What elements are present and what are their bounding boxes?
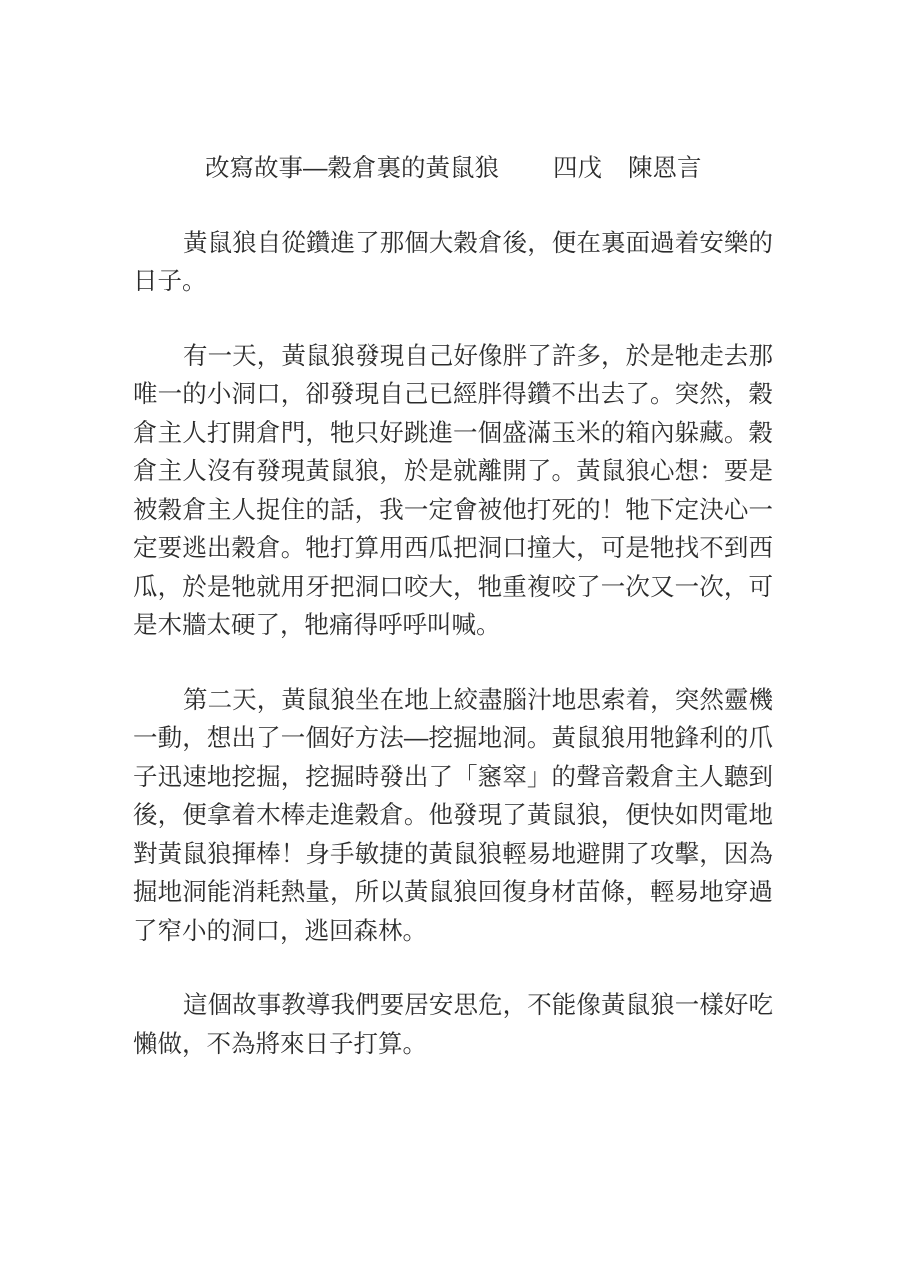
text-line: 後，便拿着木棒走進穀倉。他發現了黃鼠狼，便快如閃電地 <box>133 797 773 836</box>
text-line: 有一天，黃鼠狼發現自己好像胖了許多，於是牠走去那 <box>133 338 773 377</box>
text-line: 日子。 <box>133 263 773 302</box>
paragraph-2: 有一天，黃鼠狼發現自己好像胖了許多，於是牠走去那 唯一的小洞口，卻發現自己已經胖… <box>133 338 773 646</box>
text-line: 瓜，於是牠就用牙把洞口咬大，牠重複咬了一次又一次，可 <box>133 569 773 608</box>
text-line: 倉主人打開倉門，牠只好跳進一個盛滿玉米的箱內躲藏。穀 <box>133 415 773 454</box>
text-line: 這個故事教導我們要居安思危，不能像黃鼠狼一樣好吃 <box>133 987 773 1026</box>
text-line: 子迅速地挖掘，挖掘時發出了「窸窣」的聲音穀倉主人聽到 <box>133 759 773 798</box>
document-header: 改寫故事—穀倉裏的黃鼠狼 四戊 陳恩言 <box>133 150 773 189</box>
paragraph-3: 第二天，黃鼠狼坐在地上絞盡腦汁地思索着，突然靈機 一動，想出了一個好方法—挖掘地… <box>133 682 773 952</box>
document-title: 改寫故事—穀倉裏的黃鼠狼 <box>205 150 499 189</box>
text-line: 是木牆太硬了，牠痛得呼呼叫喊。 <box>133 607 773 646</box>
text-line: 對黃鼠狼揮棒！身手敏捷的黃鼠狼輕易地避開了攻擊，因為 <box>133 836 773 875</box>
document-page: 改寫故事—穀倉裏的黃鼠狼 四戊 陳恩言 黃鼠狼自從鑽進了那個大穀倉後，便在裏面過… <box>0 0 905 1280</box>
text-line: 黃鼠狼自從鑽進了那個大穀倉後，便在裏面過着安樂的 <box>133 225 773 264</box>
class-name: 四戊 <box>553 150 602 189</box>
text-line: 懶做，不為將來日子打算。 <box>133 1026 773 1065</box>
text-line: 定要逃出穀倉。牠打算用西瓜把洞口撞大，可是牠找不到西 <box>133 530 773 569</box>
text-line: 倉主人沒有發現黃鼠狼，於是就離開了。黃鼠狼心想：要是 <box>133 453 773 492</box>
text-line: 掘地洞能消耗熱量，所以黃鼠狼回復身材苗條，輕易地穿過 <box>133 874 773 913</box>
text-line: 第二天，黃鼠狼坐在地上絞盡腦汁地思索着，突然靈機 <box>133 682 773 721</box>
document-content: 改寫故事—穀倉裏的黃鼠狼 四戊 陳恩言 黃鼠狼自從鑽進了那個大穀倉後，便在裏面過… <box>133 150 773 1064</box>
text-line: 一動，想出了一個好方法—挖掘地洞。黃鼠狼用牠鋒利的爪 <box>133 720 773 759</box>
text-line: 了窄小的洞口，逃回森林。 <box>133 913 773 952</box>
paragraph-1: 黃鼠狼自從鑽進了那個大穀倉後，便在裏面過着安樂的 日子。 <box>133 225 773 302</box>
paragraph-4: 這個故事教導我們要居安思危，不能像黃鼠狼一樣好吃 懶做，不為將來日子打算。 <box>133 987 773 1064</box>
text-line: 唯一的小洞口，卻發現自己已經胖得鑽不出去了。突然，穀 <box>133 376 773 415</box>
student-name: 陳恩言 <box>628 150 702 189</box>
text-line: 被穀倉主人捉住的話，我一定會被他打死的！牠下定決心一 <box>133 492 773 531</box>
